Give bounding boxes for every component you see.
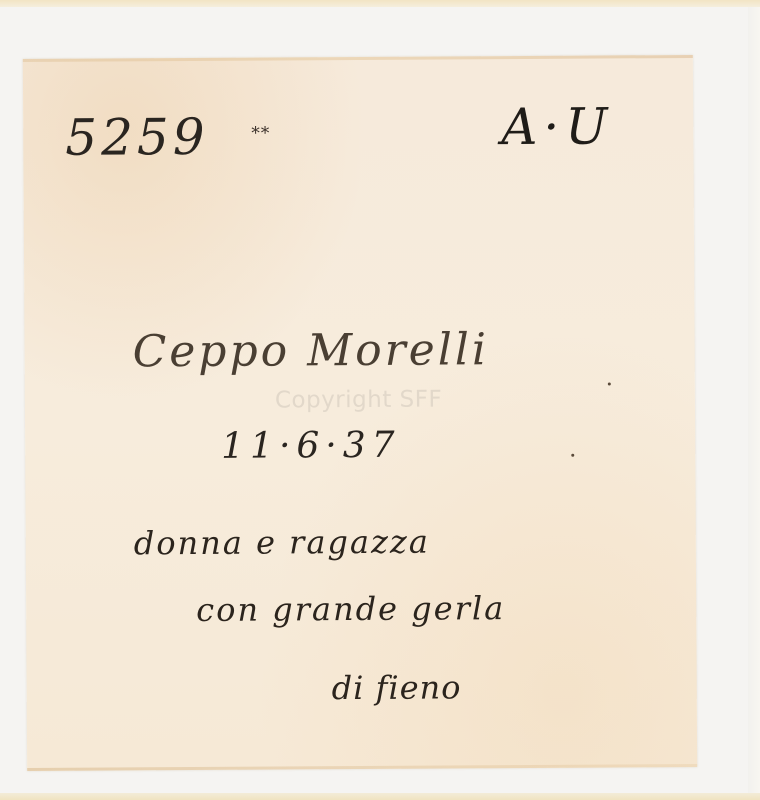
ink-speck [608, 382, 611, 385]
catalog-number: 5259 [65, 108, 209, 167]
description-line-1: donna e ragazza [134, 523, 430, 563]
mount-right-edge [748, 7, 760, 793]
place-name: Ceppo Morelli [132, 324, 489, 377]
author-initials: A·U [501, 97, 613, 156]
mount-bottom-edge [0, 793, 760, 800]
description-line-2: con grande gerla [196, 589, 505, 629]
ink-speck [571, 454, 574, 457]
mount-top-edge [0, 0, 760, 7]
catalog-star-marks: ** [251, 124, 270, 144]
date: 11·6·37 [221, 425, 401, 467]
archival-label-card: 5259 ** A·U Ceppo Morelli Copyright SFF … [23, 55, 697, 771]
copyright-watermark: Copyright SFF [275, 386, 442, 413]
description-line-3: di fieno [332, 668, 462, 707]
